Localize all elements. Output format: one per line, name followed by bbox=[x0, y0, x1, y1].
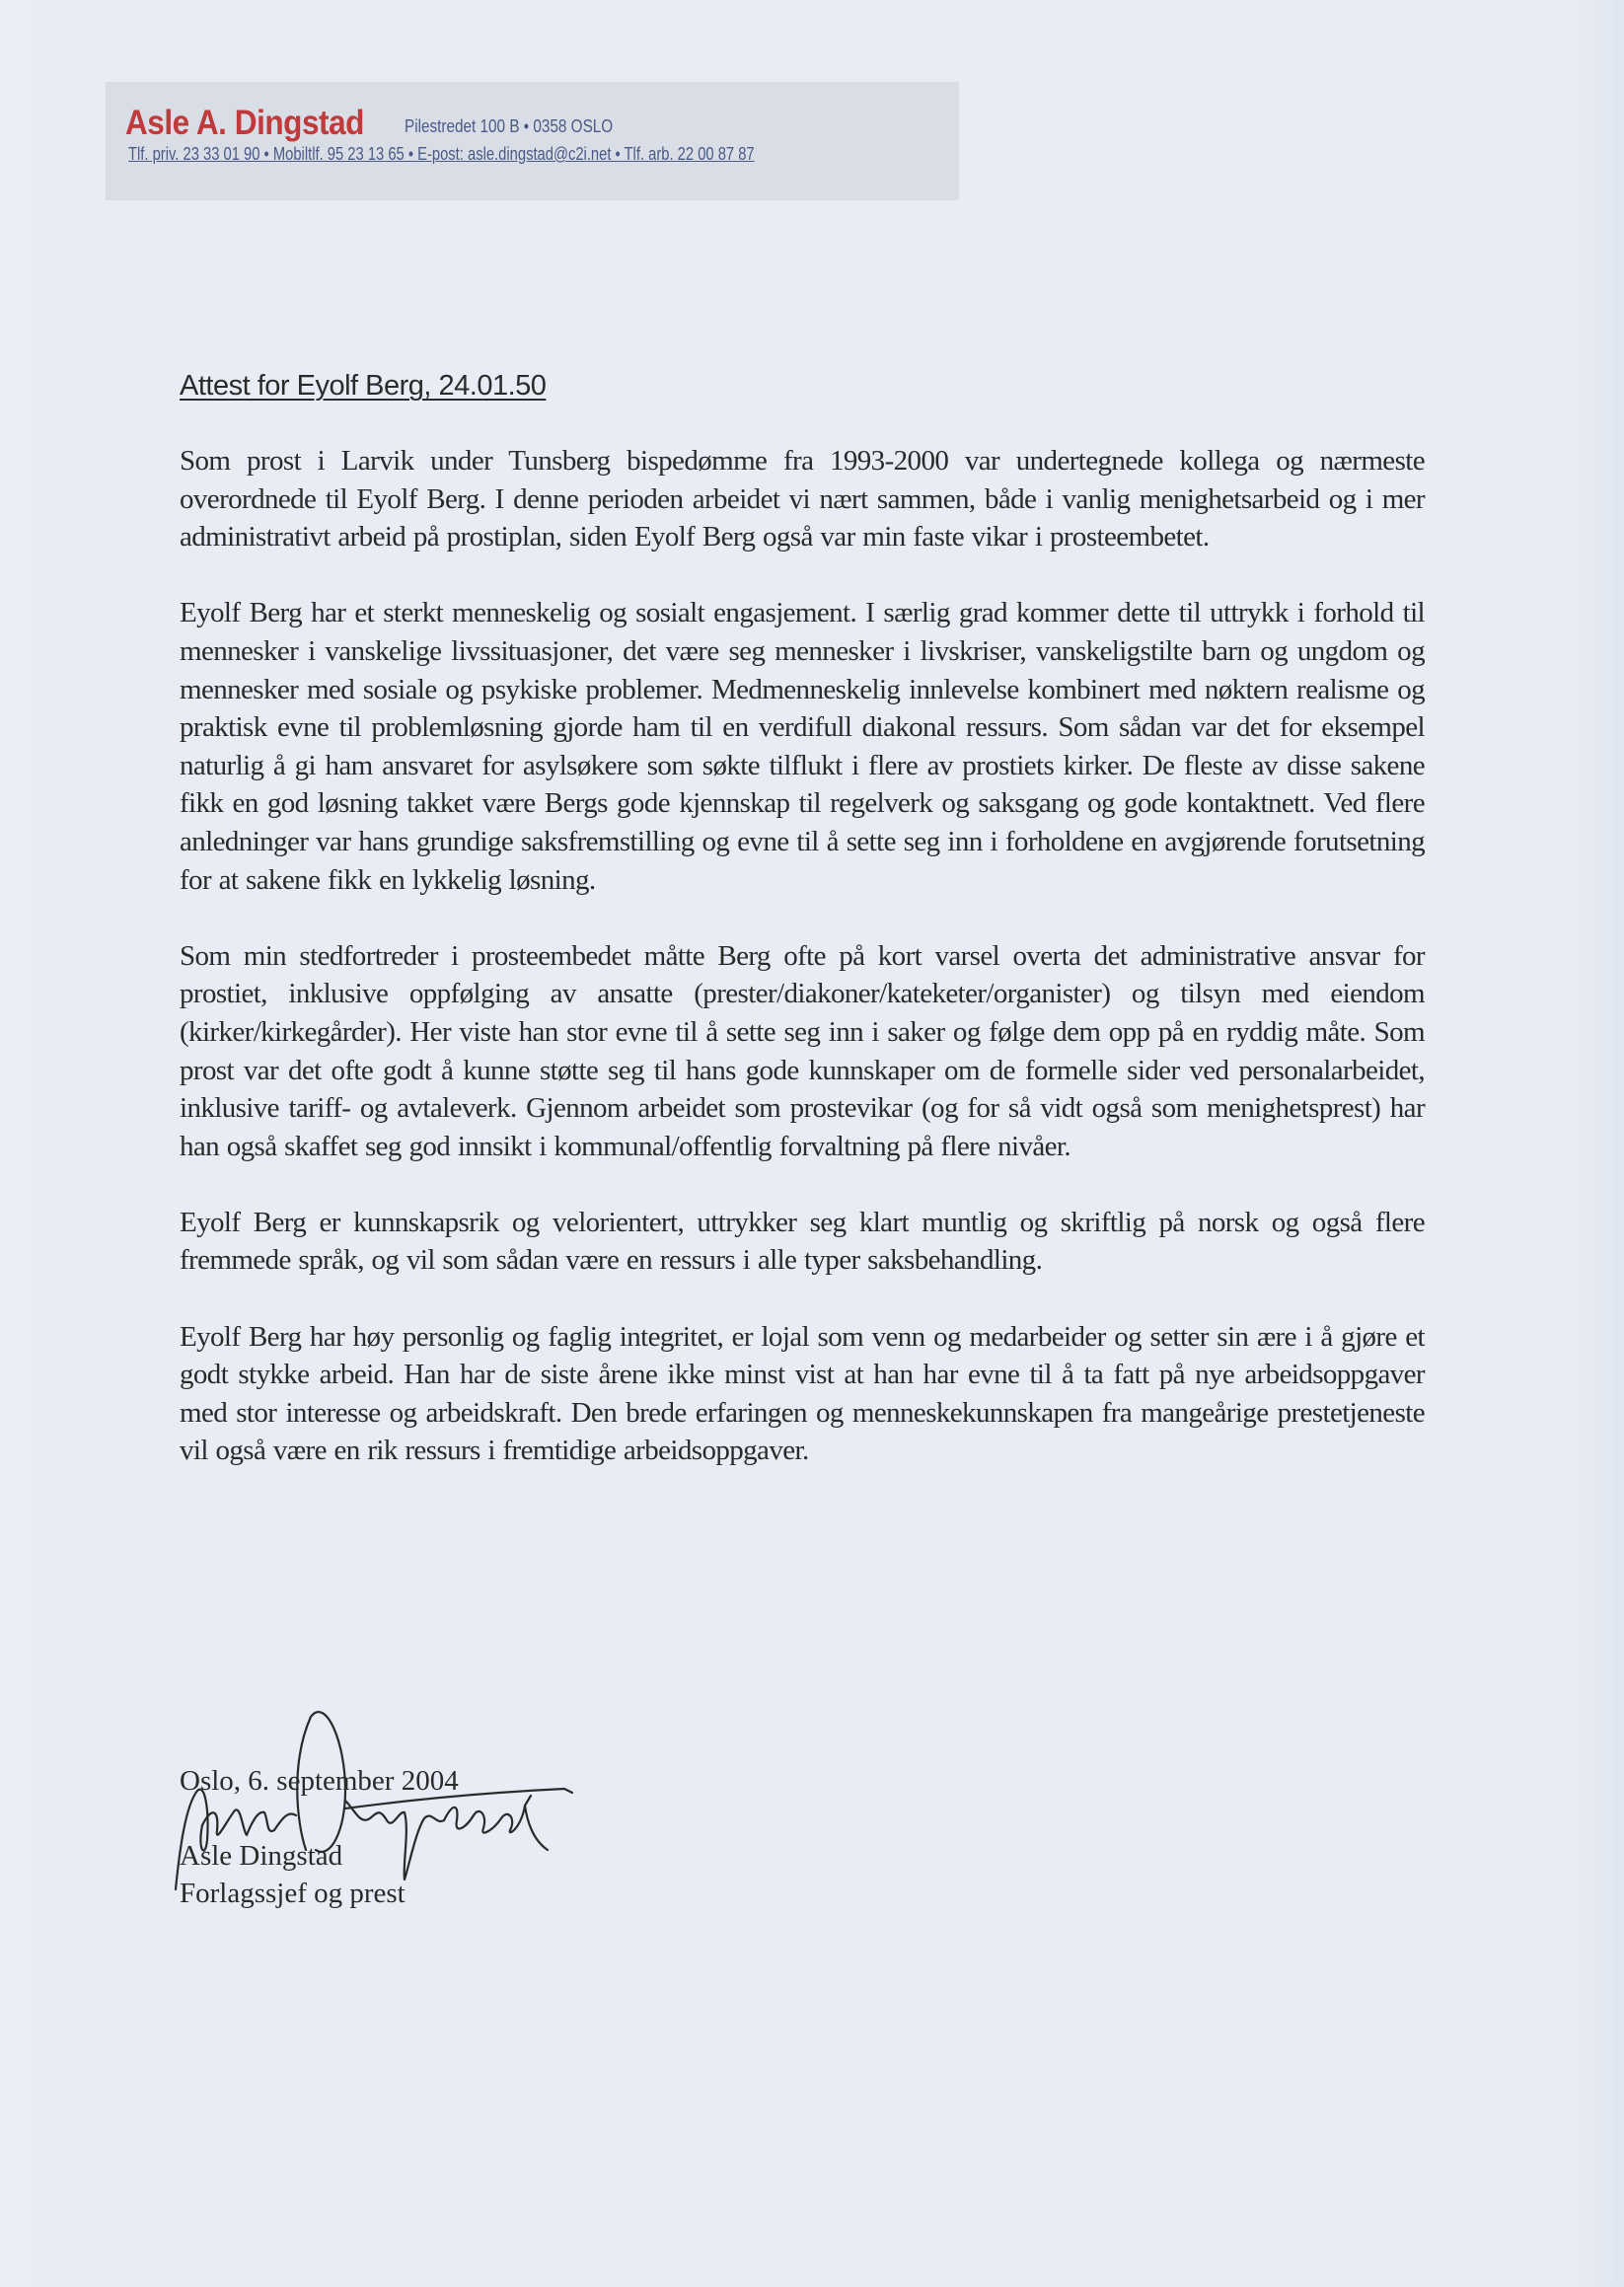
letterhead-name: Asle A. Dingstad bbox=[125, 104, 364, 143]
paragraph-2: Eyolf Berg har et sterkt menneskelig og … bbox=[180, 594, 1425, 899]
place-date: Oslo, 6. september 2004 bbox=[180, 1762, 459, 1800]
letterhead: Asle A. Dingstad Pilestredet 100 B • 035… bbox=[106, 82, 959, 200]
paragraph-3: Som min stedfortreder i prosteembedet må… bbox=[180, 937, 1425, 1166]
closing-block: Oslo, 6. september 2004 Asle Dingstad Fo… bbox=[180, 1762, 459, 1912]
paragraph-1: Som prost i Larvik under Tunsberg bisped… bbox=[180, 442, 1425, 556]
signature-space bbox=[180, 1800, 459, 1837]
letterhead-address: Pilestredet 100 B • 0358 OSLO bbox=[405, 116, 613, 137]
letter-body: Som prost i Larvik under Tunsberg bisped… bbox=[180, 442, 1425, 1509]
paragraph-5: Eyolf Berg har høy personlig og faglig i… bbox=[180, 1318, 1425, 1470]
document-title: Attest for Eyolf Berg, 24.01.50 bbox=[180, 370, 546, 403]
letterhead-contact-line: Tlf. priv. 23 33 01 90 • Mobiltlf. 95 23… bbox=[128, 144, 755, 165]
paragraph-4: Eyolf Berg er kunnskapsrik og veloriente… bbox=[180, 1204, 1425, 1280]
signer-title: Forlagssjef og prest bbox=[180, 1875, 459, 1912]
signer-name: Asle Dingstad bbox=[180, 1837, 459, 1875]
letter-page: Asle A. Dingstad Pilestredet 100 B • 035… bbox=[0, 0, 1624, 2287]
